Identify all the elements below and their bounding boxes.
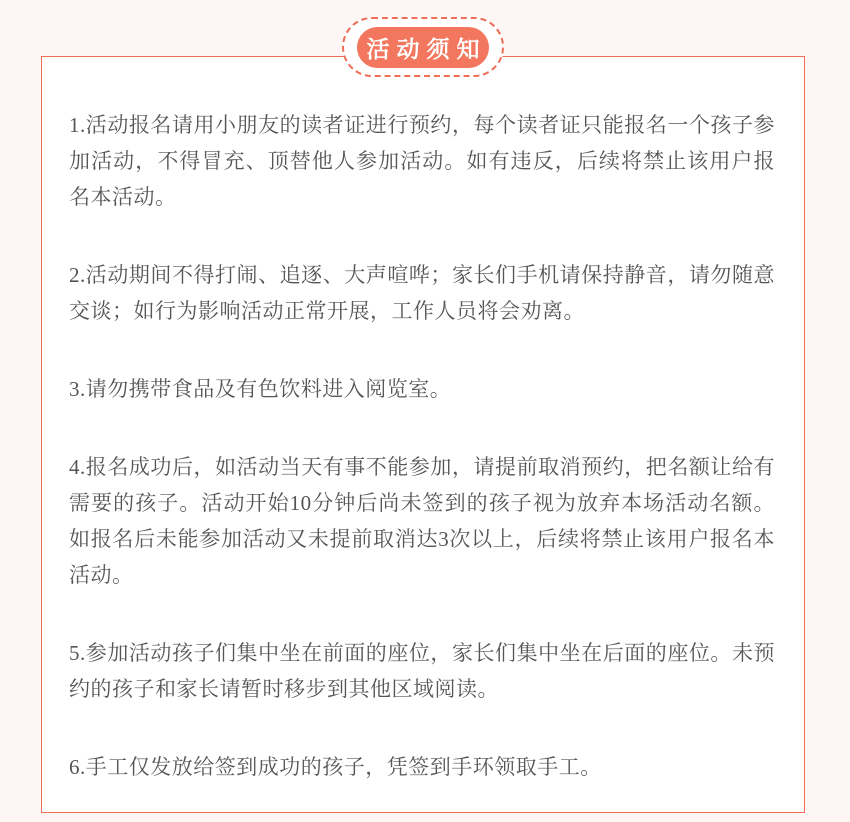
notice-item-5: 5.参加活动孩子们集中坐在前面的座位，家长们集中坐在后面的座位。未预约的孩子和家… [69, 635, 775, 707]
notice-content: 1.活动报名请用小朋友的读者证进行预约，每个读者证只能报名一个孩子参加活动，不得… [42, 57, 804, 805]
notice-item-4: 4.报名成功后，如活动当天有事不能参加，请提前取消预约，把名额让给有需要的孩子。… [69, 449, 775, 593]
notice-badge: 活动须知 [342, 17, 504, 77]
notice-item-2: 2.活动期间不得打闹、追逐、大声喧哗；家长们手机请保持静音，请勿随意交谈；如行为… [69, 257, 775, 329]
notice-item-3: 3.请勿携带食品及有色饮料进入阅览室。 [69, 371, 775, 407]
notice-item-1: 1.活动报名请用小朋友的读者证进行预约，每个读者证只能报名一个孩子参加活动，不得… [69, 107, 775, 215]
notice-badge-pill: 活动须知 [357, 27, 489, 68]
notice-item-6: 6.手工仅发放给签到成功的孩子，凭签到手环领取手工。 [69, 749, 775, 785]
notice-panel: 活动须知 1.活动报名请用小朋友的读者证进行预约，每个读者证只能报名一个孩子参加… [41, 56, 805, 813]
notice-badge-label: 活动须知 [367, 31, 487, 64]
